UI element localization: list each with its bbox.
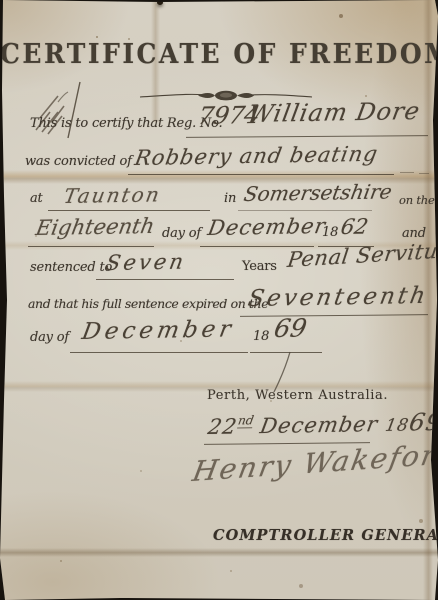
printed-day-of-text: day of [30, 330, 69, 345]
blank-rule [400, 172, 414, 173]
blank-rule [128, 174, 394, 175]
issue-year: 69 [407, 408, 438, 437]
printed-century-text: 18 [253, 329, 269, 344]
printed-in-text: in [224, 191, 236, 206]
offence-value: Robbery and beating [133, 142, 380, 170]
servitude-value: Penal Servitude [286, 237, 438, 272]
issue-month: December [258, 412, 380, 438]
conviction-month-value: December [206, 214, 328, 240]
county-value: Somersetshire [242, 179, 394, 206]
blank-rule [240, 314, 428, 317]
blank-rule [186, 135, 428, 138]
expiry-day-value: Seventeenth [246, 283, 430, 312]
issue-place-text: Perth, Western Australia. [207, 388, 388, 403]
blank-rule [70, 352, 248, 353]
ink-scribble [28, 78, 98, 144]
certificate-title: CERTIFICATE OF FREEDOM. [0, 38, 438, 70]
blank-rule [419, 173, 429, 174]
expiry-month-value: December [80, 316, 237, 345]
printed-years-text: Years [242, 259, 277, 274]
conviction-day-value: Eighteenth [34, 214, 156, 240]
paper-sheet: CERTIFICATE OF FREEDOM. This is to certi… [0, 0, 438, 600]
expiry-year-value: 69 [272, 313, 309, 343]
conviction-year-value: 62 [339, 215, 370, 239]
blank-rule [28, 246, 154, 247]
printed-and-text: and [402, 226, 426, 241]
printed-at-text: at [30, 191, 43, 206]
printed-convicted-text: was convicted of [25, 154, 132, 169]
issue-day: 22 [206, 415, 239, 439]
blank-rule [96, 279, 234, 280]
scanned-certificate: CERTIFICATE OF FREEDOM. This is to certi… [0, 0, 438, 600]
issue-day-ordinal: nd [237, 413, 255, 428]
place-value: Taunton [62, 182, 163, 208]
printed-expired-text: and that his full sentence expired on th… [28, 296, 268, 311]
printed-sentenced-text: sentenced to [30, 260, 112, 275]
printed-certify-text: This is to certify that Reg. No. [30, 116, 223, 131]
printed-century-text: 18 [322, 225, 338, 240]
signatory-title-text: COMPTROLLER GENERAL. [213, 527, 438, 544]
printed-day-of-text: day of [162, 226, 201, 241]
printed-on-the-text: on the [399, 193, 435, 207]
fold-crease [0, 548, 438, 557]
blank-rule [48, 210, 210, 211]
convict-name-value: William Dore [246, 97, 423, 128]
paper-blemish [157, 0, 163, 5]
blank-rule [238, 210, 372, 211]
issue-date-text: 22nd December 1869 [206, 408, 438, 440]
term-value: Seven [104, 250, 188, 275]
